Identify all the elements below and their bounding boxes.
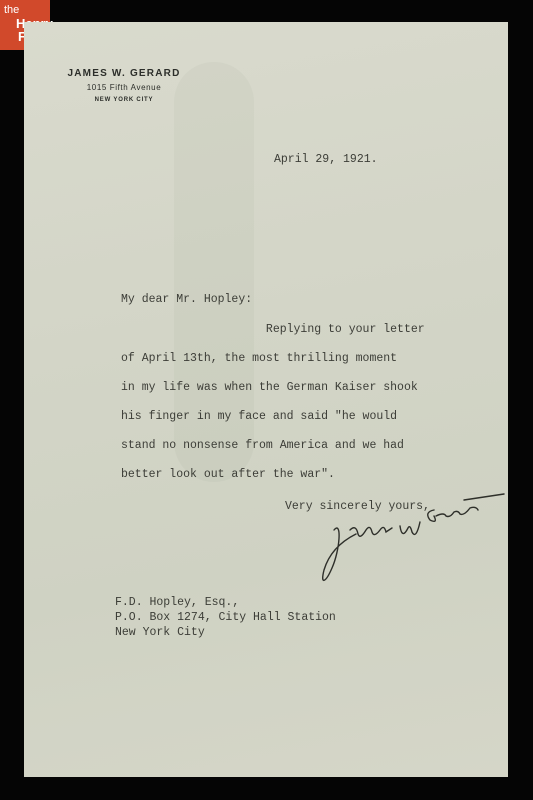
addressee-line: P.O. Box 1274, City Hall Station xyxy=(115,611,336,624)
letter-paper: JAMES W. GERARD 1015 Fifth Avenue NEW YO… xyxy=(24,22,508,777)
body-line: better look out after the war". xyxy=(121,468,335,481)
addressee-line: F.D. Hopley, Esq., xyxy=(115,596,239,609)
addressee-line: New York City xyxy=(115,626,205,639)
body-line: his finger in my face and said "he would xyxy=(121,410,397,423)
body-line: Replying to your letter xyxy=(121,323,425,336)
body-line: stand no nonsense from America and we ha… xyxy=(121,439,404,452)
body-line: in my life was when the German Kaiser sh… xyxy=(121,381,418,394)
body-line: of April 13th, the most thrilling moment xyxy=(121,352,397,365)
letterhead: JAMES W. GERARD 1015 Fifth Avenue NEW YO… xyxy=(24,68,224,103)
letterhead-street: 1015 Fifth Avenue xyxy=(24,83,224,92)
letterhead-city: NEW YORK CITY xyxy=(24,97,224,103)
letter-date: April 29, 1921. xyxy=(274,153,378,166)
handwritten-signature: James W. Gerard xyxy=(304,490,514,590)
letter-salutation: My dear Mr. Hopley: xyxy=(121,293,252,306)
letterhead-name: JAMES W. GERARD xyxy=(24,68,224,79)
